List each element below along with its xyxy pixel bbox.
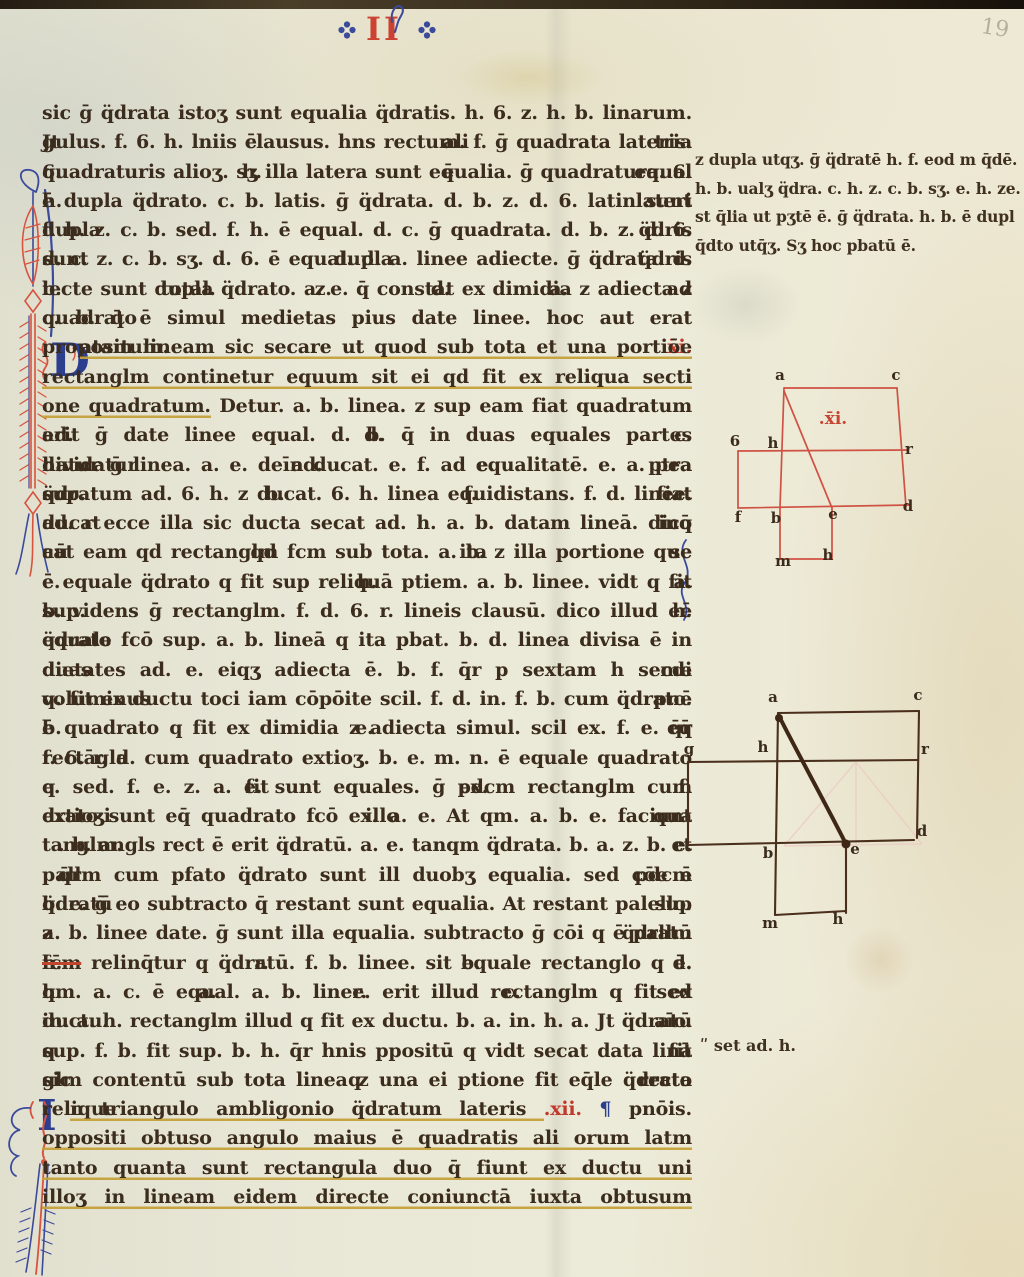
text-line: drato sunt eq̄ quadrato fcō ex. a. e. At… — [42, 802, 692, 831]
parchment-stain — [690, 265, 800, 345]
text-line: ē dupla q̈drato. c. b. latis. ḡ q̈drata.… — [42, 187, 692, 216]
text-line: pallm cum pfato q̈drato sunt ill duobʒ e… — [42, 861, 692, 890]
diagram-vertex-label: h — [823, 546, 834, 564]
diagram-vertex-label: a — [768, 688, 778, 706]
text-segment: pnōis. — [611, 1098, 692, 1120]
text-line: rectanglm continetur equum sit ei qd fit… — [42, 363, 692, 392]
geometry-diagram-brown: acghrbdemh — [660, 678, 950, 933]
text-segment: illoʒ in lineam eidem directe coniunctā … — [42, 1186, 692, 1209]
diagram-vertex-label: m — [775, 552, 791, 570]
running-header: II — [338, 8, 448, 58]
text-line: erit ḡ date linee equal. d. b. q̄ in dua… — [42, 421, 692, 450]
diagram-vertex-label: b — [771, 509, 782, 527]
diagram-vertex-label: d — [903, 497, 914, 515]
diagram-vertex-label: e — [828, 505, 838, 523]
gloss-line: z dupla utqʒ. ḡ q̈dratē h. f. eod m q̄dē… — [695, 146, 1021, 175]
text-segment: .xii. — [544, 1098, 582, 1120]
diagram-brown-lines — [688, 711, 919, 915]
diagram-vertex-label: m — [762, 914, 778, 932]
text-line: hatur ḡ linea. a. e. deīn ducat. e. f. a… — [42, 451, 692, 480]
header-pen-flourish-icon — [388, 2, 408, 34]
book-edge-shadow — [0, 0, 1024, 9]
diagram-caption: .x̄i. — [819, 409, 847, 429]
text-line: ē quadrato q fit ex dimidia z adiecta si… — [42, 714, 692, 743]
text-segment: rectanglm continetur equum sit ei qd fit… — [42, 366, 692, 389]
diagram-vertex-label: c — [891, 366, 900, 384]
geometry-diagram-red: .x̄i. ac6hrfbedmh — [700, 358, 930, 576]
text-line: gulus. f. 6. h. lniis clausus. hns rectu… — [42, 128, 692, 157]
diagram-vertex-label: h — [833, 910, 844, 928]
diagram-vertex-label: d — [917, 822, 928, 840]
text-segment: oppositi obtuso angulo maius ē quadratis… — [42, 1127, 692, 1150]
diagram-vertex-label: h — [768, 434, 779, 452]
text-segment — [582, 1098, 600, 1120]
main-text-column: sic ḡ q̈drata istoʒ sunt equalia q̈drati… — [42, 99, 692, 1212]
text-line: sic ḡ q̈drata istoʒ sunt equalia q̈drati… — [42, 99, 692, 128]
text-segment: tanto quanta sunt rectangula duo q̄ fiun… — [42, 1157, 692, 1180]
text-line: in. a. h. rectanglm illud q fit ex ductu… — [42, 1007, 692, 1036]
text-line: ē equale q̈drato q fit sup reliquā ptiem… — [42, 568, 692, 597]
diagram-red-labels: ac6hrfbedmh — [730, 366, 914, 570]
text-segment: atam lineam sic secare ut quod sub tota … — [80, 336, 692, 359]
diagram-vertex-label: 6 — [730, 432, 740, 450]
gloss-line: q̄dto utq̄ʒ. Sʒ hoc pbatū ē. — [695, 232, 1021, 261]
text-line: iecte sunt dupla q̈drato. a. e. q̄ const… — [42, 275, 692, 304]
folio-number: 19 — [979, 14, 1011, 43]
text-line: sup. f. b. fit sup. b. h. q̄r hnis pposi… — [42, 1037, 692, 1066]
margin-note: ʺ set ad. h. — [700, 1036, 796, 1055]
text-line: fc̄m relinq̄tur q q̈dratū. f. b. linee. … — [42, 949, 692, 978]
text-line: b. e. ḡ eo subtracto q̄ restant sunt equ… — [42, 890, 692, 919]
text-line: . b. angls rect ē erit q̈dratū. a. e. ta… — [42, 831, 692, 860]
text-segment: n triangulo ambligonio q̈dratum lateris — [70, 1098, 544, 1121]
quatrefoil-icon — [418, 21, 436, 39]
text-line: ad. r ecce illa sic ducta secat ad. h. a… — [42, 509, 692, 538]
text-line: d. c. z. c. b. sʒ. d. 6. ē equal. d. a. … — [42, 245, 692, 274]
text-segment: one quadratum. — [42, 395, 211, 418]
diagram-ghost-offset — [784, 762, 922, 846]
text-line: qm. a. c. ē equal. a. b. linee. erit ill… — [42, 978, 692, 1007]
quatrefoil-icon — [338, 21, 356, 39]
diagram-vertex-label: r — [921, 740, 930, 758]
diagram-vertex-label: e — [850, 840, 860, 858]
text-line: c. b. q̄ ē simul medietas pius date line… — [42, 304, 692, 333]
text-line: atam lineam sic secare ut quod sub tota … — [42, 333, 692, 362]
text-line: dietates ad. e. eiqʒ adiecta ē. b. f. q̄… — [42, 656, 692, 685]
parchment-stain — [845, 925, 915, 995]
diagram-vertex-label: g — [684, 740, 695, 758]
text-line: q̈drato fcō sup. a. b. lineā q ita pbat.… — [42, 626, 692, 655]
manuscript-page: II 19 D — [0, 0, 1024, 1277]
text-segment: fc̄m — [42, 952, 81, 974]
gloss-line: st q̄lia ut pʒtē ē. ḡ q̈drata. h. b. ē d… — [695, 203, 1021, 232]
text-line: n triangulo ambligonio q̈dratum lateris … — [42, 1095, 692, 1124]
diagram-vertex-label: r — [905, 440, 914, 458]
text-line: f. 6. r. d. cum quadrato extioʒ. b. e. m… — [42, 744, 692, 773]
text-line: illoʒ in lineam eidem directe coniunctā … — [42, 1183, 692, 1212]
text-line: cat eam qd rectanglm fcm sub tota. a. b.… — [42, 538, 692, 567]
text-line: e. sed. f. e. z. a. e. sunt equales. ḡ p… — [42, 773, 692, 802]
text-line: glm contentū sub tota linea z una ei pti… — [42, 1066, 692, 1095]
parchment-stain — [455, 50, 605, 105]
gloss-line: h. b. ualʒ q̈dra. c. h. z. c. b. sʒ. e. … — [695, 175, 1021, 204]
diagram-vertex-label: a — [775, 366, 785, 384]
text-segment: ¶ — [599, 1098, 611, 1120]
diagram-vertex-label: f — [735, 508, 743, 526]
text-line: q̈dratum ad. 6. h. z ducat. 6. h. linea … — [42, 480, 692, 509]
text-line: b. videns ḡ rectanglm. f. d. 6. r. linei… — [42, 597, 692, 626]
diagram-vertex-label: b — [763, 844, 774, 862]
text-line: a. b. linee date. ḡ sunt illa equalia. s… — [42, 919, 692, 948]
text-line: oppositi obtuso angulo maius ē quadratis… — [42, 1124, 692, 1153]
text-line: quadraturis alioʒ. sʒ illa latera sunt e… — [42, 158, 692, 187]
margin-gloss: z dupla utqʒ. ḡ q̈dratē h. f. eod m q̄dē… — [695, 146, 1021, 260]
text-line: one quadratum. Detur. a. b. linea. z sup… — [42, 392, 692, 421]
text-line: tanto quanta sunt rectangula duo q̄ fiun… — [42, 1154, 692, 1183]
diagram-vertex-label: c — [913, 686, 922, 704]
text-line: f. h. z. c. b. sed. f. h. ē equal. d. c.… — [42, 216, 692, 245]
text-line: q. fit ex ductu toci iam cōpōite scil. f… — [42, 685, 692, 714]
diagram-vertex-label: h — [758, 738, 769, 756]
